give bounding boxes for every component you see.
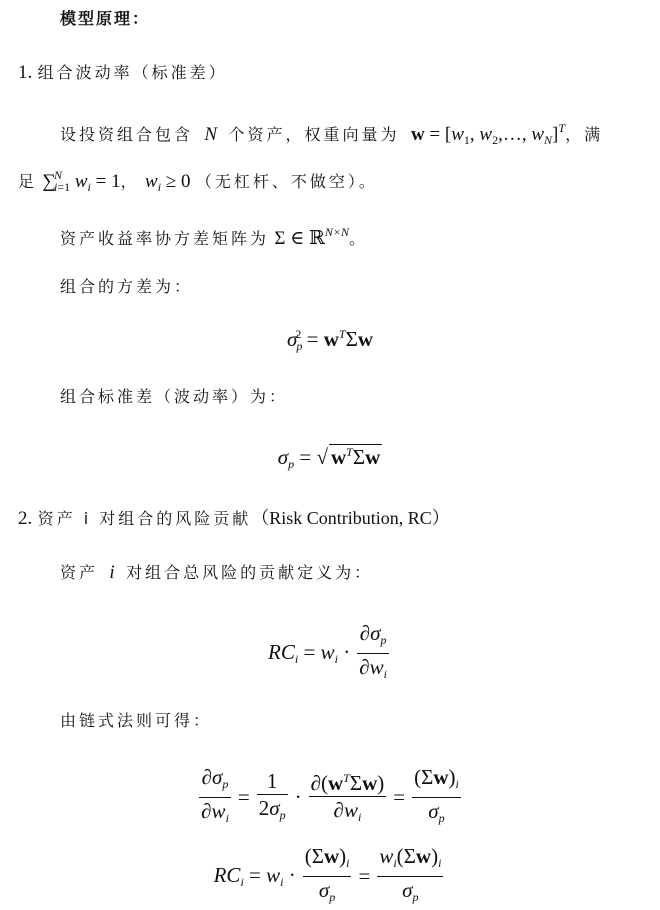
covariance-math: Σ ∈ ℝN×N: [274, 228, 349, 249]
weight-vector-math: w = [w1, w2,…, wN]T: [411, 124, 565, 145]
chain-rule-equation: ∂σp∂wi = 12σp · ∂(wTΣw)∂wi = (Σw)iσp: [0, 764, 660, 831]
variance-equation: σp2 = wTΣw: [0, 327, 660, 354]
variance-label: 组合的方差为：: [60, 276, 193, 298]
rc-final-equation: RCi = wi · (Σw)iσp = wi(Σw)iσp: [0, 843, 660, 910]
rc-definition-text: 资产 i 对组合总风险的贡献定义为：: [60, 562, 373, 584]
chain-rule-label: 由链式法则可得：: [60, 710, 212, 732]
sum-constraint-math: ∑Ni=1 wi = 1: [42, 171, 120, 192]
section-2-title: 2. 资产 i 对组合的风险贡献（Risk Contribution, RC）: [18, 507, 450, 530]
nonneg-constraint-math: wi ≥ 0: [145, 171, 190, 192]
std-label: 组合标准差（波动率）为：: [60, 386, 288, 408]
section-1-title: 1. 组合波动率（标准差）: [18, 62, 228, 84]
paragraph-covariance: 资产收益率协方差矩阵为 Σ ∈ ℝN×N。: [60, 221, 368, 250]
paragraph-portfolio-def: 设投资组合包含 N 个资产，权重向量为 w = [w1, w2,…, wN]T，…: [60, 117, 603, 151]
page-heading: 模型原理：: [60, 8, 150, 30]
rc-equation: RCi = wi · ∂σp∂wi: [0, 620, 660, 687]
paragraph-constraints: 足 ∑Ni=1 wi = 1， wi ≥ 0 （无杠杆、不做空）。: [18, 164, 378, 198]
std-equation: σp = √wTΣw: [0, 444, 660, 472]
